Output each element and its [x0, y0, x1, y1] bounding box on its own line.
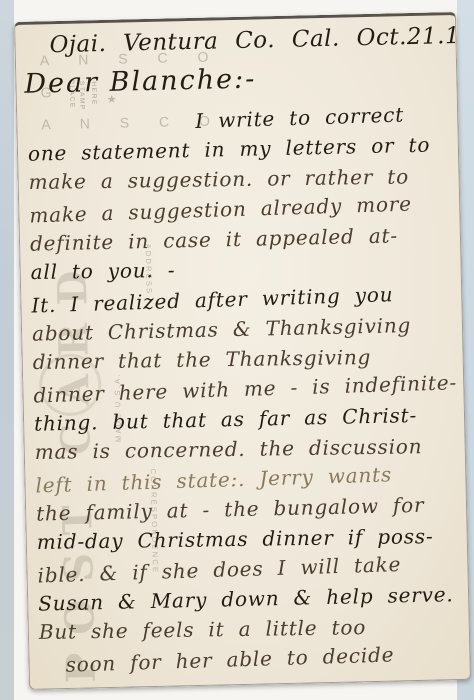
handwritten-dateline: Ojai. Ventura Co. Cal. Oct.21.1938 — [49, 22, 471, 58]
scan-edge-strip-left — [0, 0, 14, 700]
handwriting-body: I write to correctone statement in my le… — [17, 99, 464, 679]
scanned-postcard-photo: { "postcard": { "dateline": "Ojai. Ventu… — [0, 0, 474, 700]
handwritten-salutation: Dear Blanche:- — [24, 64, 257, 100]
postcard: POST CARD A N S C O G A N S C O PLACE ST… — [14, 12, 471, 690]
stamp-box: A N S C O G A N S C O PLACE STAMP HERE ★ — [15, 15, 455, 25]
